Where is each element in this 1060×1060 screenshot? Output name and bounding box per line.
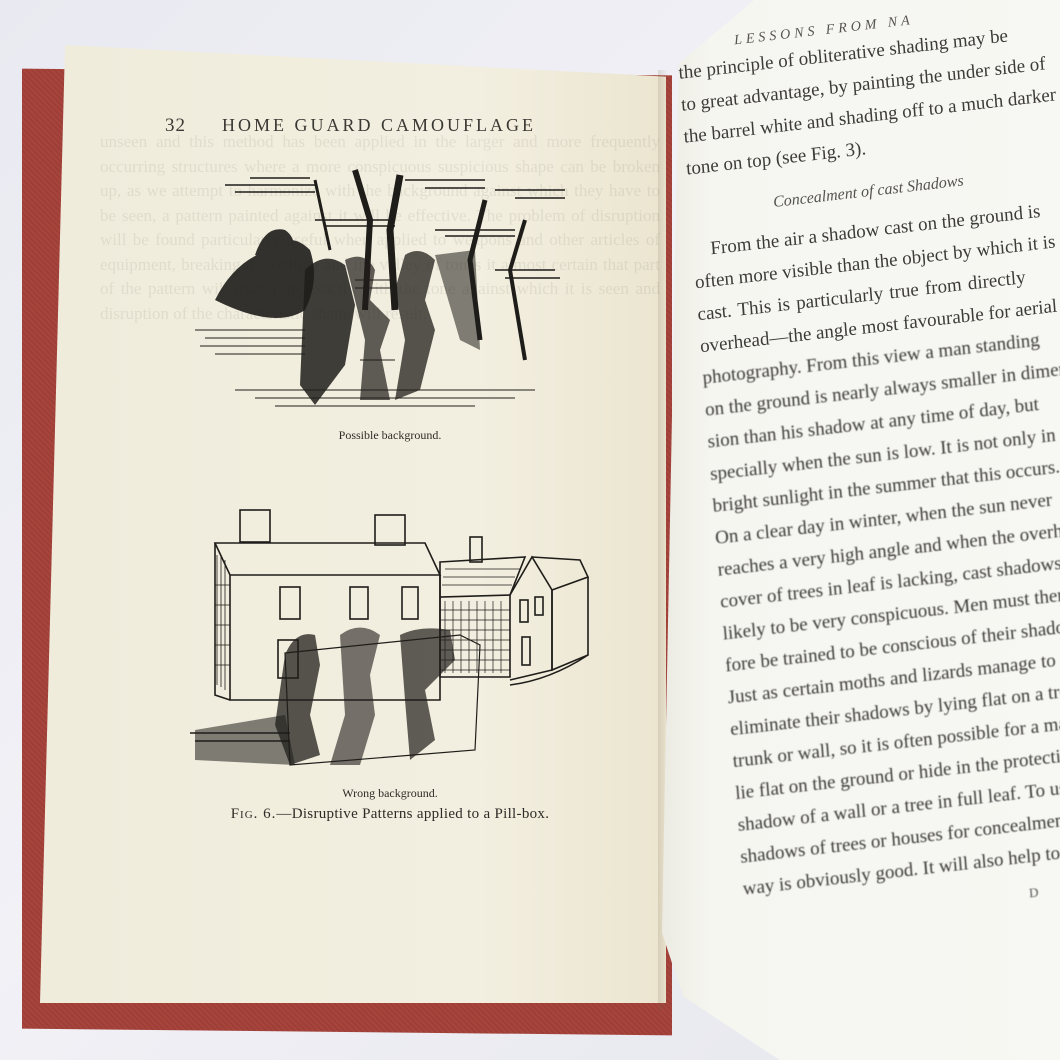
figure-caption-wrong: Wrong background.: [180, 786, 600, 801]
page-number: 32: [165, 115, 186, 137]
book-title-header: HOME GUARD CAMOUFLAGE: [222, 115, 536, 137]
figure-title-text: —Disruptive Patterns applied to a Pill-b…: [276, 806, 549, 822]
illustration-house-pillbox: [190, 505, 590, 770]
figure-caption-possible: Possible background.: [180, 428, 600, 443]
illustration-trees-pillbox: [195, 160, 585, 415]
figure-title: Fig. 6.—Disruptive Patterns applied to a…: [180, 806, 600, 823]
left-running-head: 32 HOME GUARD CAMOUFLAGE: [165, 115, 536, 137]
figure-label: Fig. 6.: [231, 806, 277, 822]
